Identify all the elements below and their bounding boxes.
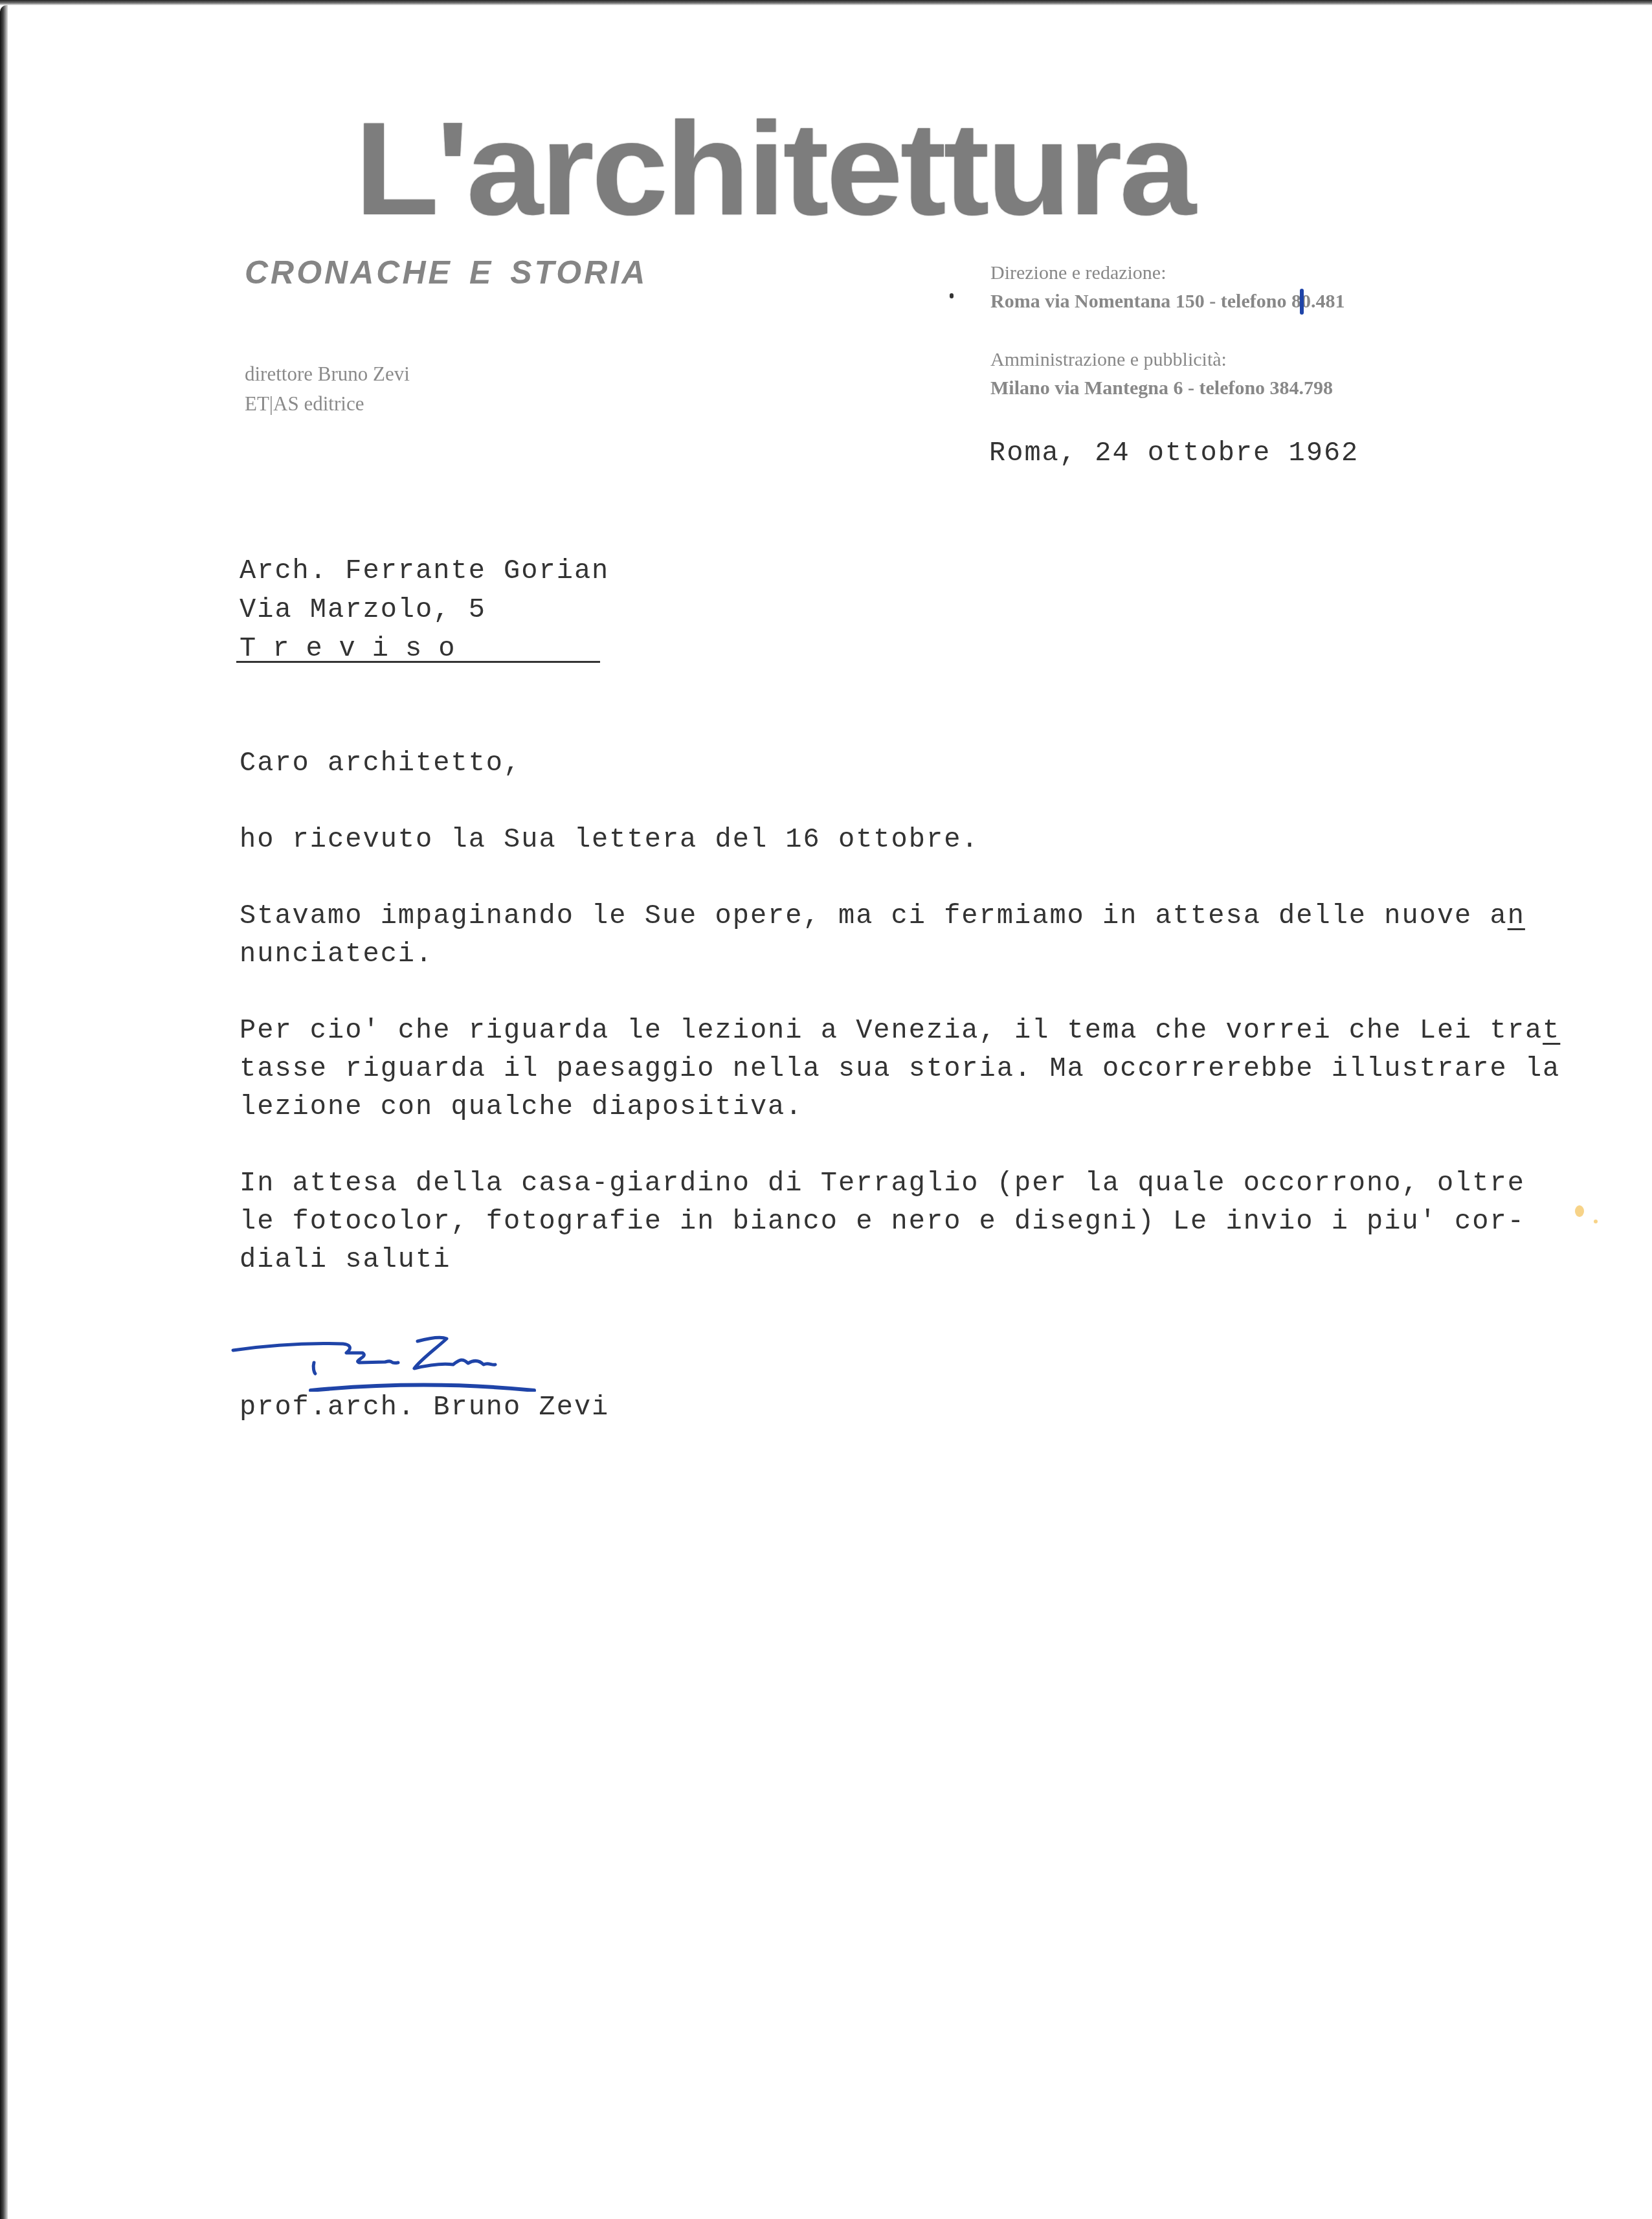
paragraph-line: Stavamo impaginando le Sue opere, ma ci …: [240, 897, 1560, 935]
line-text: Stavamo impaginando le Sue opere, ma ci …: [240, 900, 1508, 931]
letter-body: Caro architetto, ho ricevuto la Sua lett…: [240, 744, 1560, 1279]
handwritten-signature: [230, 1327, 599, 1392]
office-administration: Amministrazione e pubblicità: Milano via…: [990, 346, 1345, 403]
paragraph-line: ho ricevuto la Sua lettera del 16 ottobr…: [240, 821, 1560, 859]
office-editorial: Direzione e redazione: Roma via Nomentan…: [990, 259, 1345, 316]
paper-stain: [1594, 1220, 1598, 1223]
paragraph-line: le fotocolor, fotografie in bianco e ner…: [240, 1203, 1560, 1241]
paragraph-line: Per cio' che riguarda le lezioni a Venez…: [240, 1012, 1560, 1050]
office-address-prefix: Roma via Nomentana 150 - telefono 8: [990, 291, 1301, 312]
typed-signature-name: prof.arch. Bruno Zevi: [240, 1392, 609, 1423]
scan-edge-left: [0, 5, 8, 2219]
date-line: Roma, 24 ottobre 1962: [989, 438, 1359, 469]
handwritten-correction-mark: [1300, 289, 1304, 315]
subtitle-word: CRONACHE: [245, 254, 452, 291]
office-address: Roma via Nomentana 150 - telefono 80.481: [990, 287, 1345, 316]
underlined-hyphenation: n: [1508, 900, 1525, 931]
paragraph: Per cio' che riguarda le lezioni a Venez…: [240, 1012, 1560, 1126]
paragraph-line: In attesa della casa-giardino di Terragl…: [240, 1165, 1560, 1203]
recipient-address: Arch. Ferrante Gorian Via Marzolo, 5 Tre…: [240, 552, 609, 668]
paragraph: Stavamo impaginando le Sue opere, ma ci …: [240, 897, 1560, 974]
ink-dot: [950, 293, 954, 298]
masthead-subtitle: CRONACHEESTORIA: [245, 254, 647, 291]
masthead-logo: L'architettura: [355, 102, 1194, 235]
office-label: Direzione e redazione:: [990, 259, 1345, 287]
paragraph-line: nunciateci.: [240, 935, 1560, 974]
paper-stain: [1575, 1205, 1584, 1217]
paragraph-line: tasse riguarda il paesaggio nella sua st…: [240, 1050, 1560, 1088]
recipient-street: Via Marzolo, 5: [240, 590, 609, 629]
publisher-line: ET|AS editrice: [245, 389, 410, 419]
scan-edge-top: [0, 0, 1652, 5]
office-address-suffix: 0.481: [1301, 291, 1345, 312]
office-address: Milano via Mantegna 6 - telefono 384.798: [990, 374, 1345, 403]
office-label: Amministrazione e pubblicità:: [990, 346, 1345, 374]
paragraph-line: lezione con qualche diapositiva.: [240, 1088, 1560, 1126]
subtitle-word: E: [469, 254, 493, 291]
office-addresses: Direzione e redazione: Roma via Nomentan…: [990, 259, 1345, 403]
imprint: direttore Bruno Zevi ET|AS editrice: [245, 359, 410, 419]
director-line: direttore Bruno Zevi: [245, 359, 410, 389]
underlined-hyphenation: t: [1543, 1015, 1560, 1046]
paragraph-line: diali saluti: [240, 1241, 1560, 1279]
paragraph: ho ricevuto la Sua lettera del 16 ottobr…: [240, 821, 1560, 859]
paragraph: In attesa della casa-giardino di Terragl…: [240, 1165, 1560, 1279]
recipient-underline: [236, 661, 600, 663]
subtitle-word: STORIA: [510, 254, 647, 291]
salutation: Caro architetto,: [240, 744, 1560, 783]
recipient-name: Arch. Ferrante Gorian: [240, 552, 609, 590]
line-text: Per cio' che riguarda le lezioni a Venez…: [240, 1015, 1543, 1046]
